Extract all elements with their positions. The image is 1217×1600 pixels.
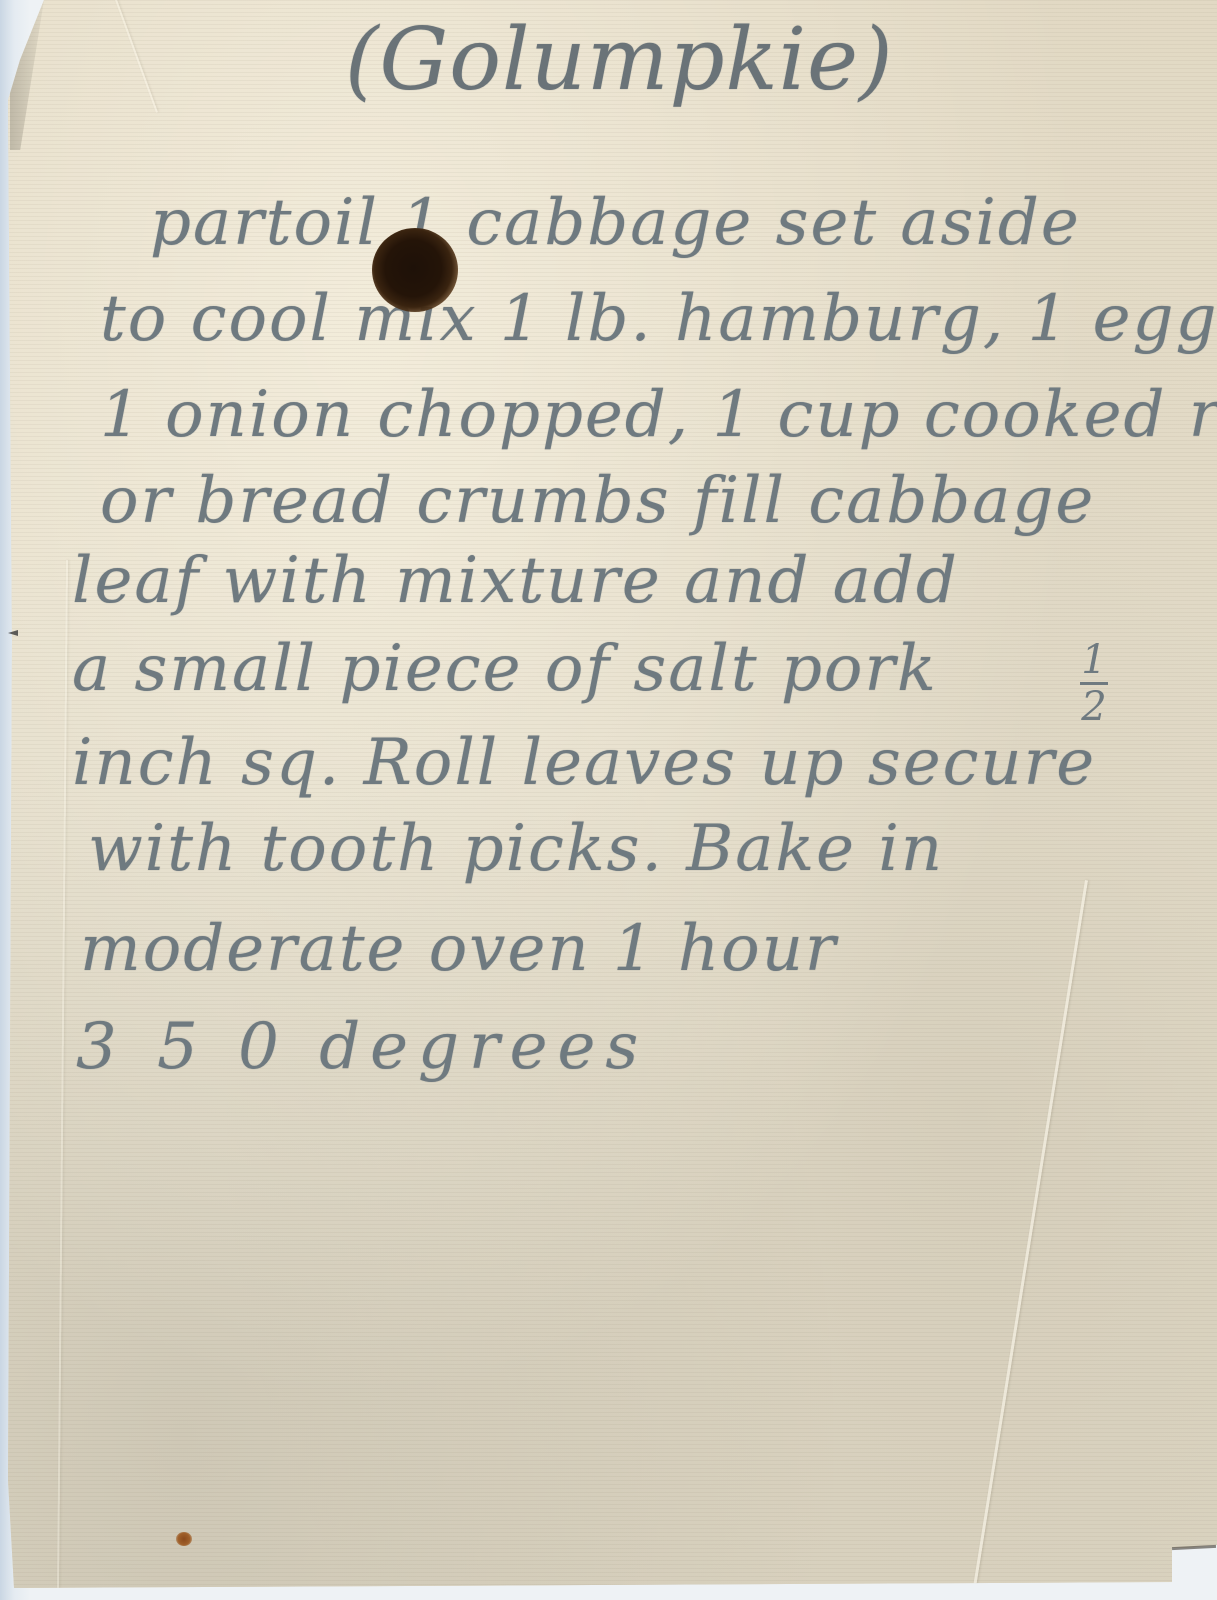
recipe-line: 1 onion chopped, 1 cup cooked rice (100, 378, 1217, 452)
paper-crease (972, 880, 1088, 1592)
recipe-title: (Golumpkie) (345, 10, 894, 110)
fraction-denominator: 2 (1081, 687, 1106, 727)
fraction-numerator: 1 (1081, 640, 1106, 680)
paper-crease (115, 0, 158, 113)
recipe-line: partoil 1 cabbage set aside (150, 186, 1081, 260)
burn-stain (372, 228, 458, 312)
half-fraction: 1 2 (1080, 640, 1108, 727)
rust-stain (176, 1532, 192, 1546)
recipe-paper: (Golumpkie) partoil 1 cabbage set aside … (0, 0, 1217, 1600)
recipe-line: moderate oven 1 hour (80, 912, 838, 986)
paper-crease (57, 560, 68, 1600)
recipe-line: 3 5 0 degrees (76, 1010, 648, 1084)
recipe-line: leaf with mixture and add (72, 544, 959, 618)
torn-corner (1172, 1548, 1217, 1600)
recipe-line: a small piece of salt pork (72, 632, 938, 706)
recipe-line: inch sq. Roll leaves up secure (72, 726, 1096, 800)
recipe-line: or bread crumbs fill cabbage (100, 464, 1095, 538)
recipe-line: to cool mix 1 lb. hamburg, 1 egg (100, 282, 1217, 356)
recipe-line: with tooth picks. Bake in (88, 812, 944, 886)
